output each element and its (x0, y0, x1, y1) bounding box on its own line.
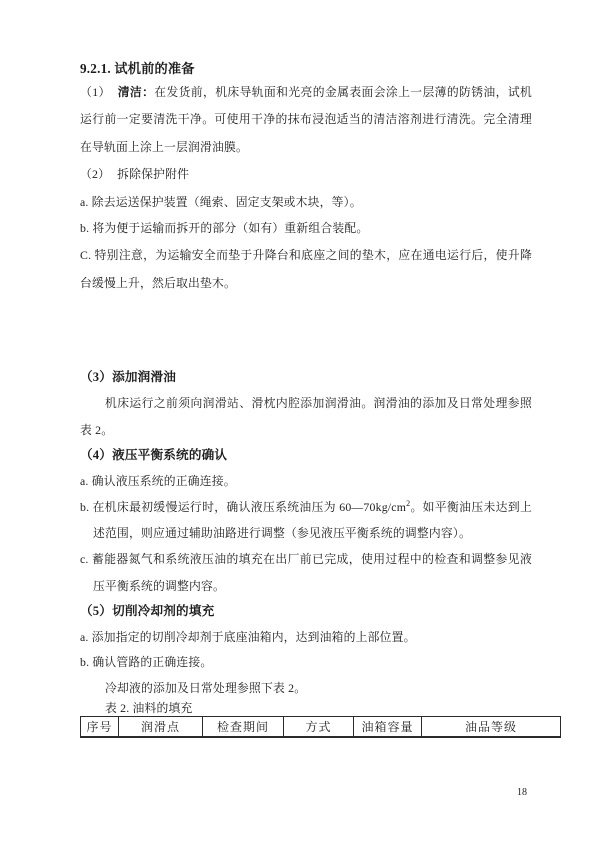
list-item-line: b. 确认管路的正确连接。 (80, 651, 532, 673)
subsection-heading: （3）添加润滑油 (80, 366, 532, 388)
list-item-line: 台缓慢上升，然后取出垫木。 (80, 272, 532, 294)
subsection-title: 拆除保护附件 (117, 167, 189, 181)
subsection-heading: （5）切削冷却剂的填充 (80, 600, 532, 622)
list-item-line: 压平衡系统的调整内容。 (80, 575, 532, 597)
list-item-line: a. 添加指定的切削冷却剂于底座油箱内，达到油箱的上部位置。 (80, 626, 532, 648)
paragraph-line: 运行前一定要清洗干净。可使用干净的抹布浸泡适当的清洁溶剂进行清洗。完全清理后， (80, 108, 532, 130)
column-header-lube-point: 润滑点 (119, 717, 203, 736)
list-item-line: a. 确认液压系统的正确连接。 (80, 470, 532, 492)
paragraph-line: （1）清洁：在发货前，机床导轨面和光亮的金属表面会涂上一层薄的防锈油，试机 (80, 81, 532, 103)
document-page: 9.2.1. 试机前的准备 （1）清洁：在发货前，机床导轨面和光亮的金属表面会涂… (0, 0, 600, 848)
item-number: （2） (80, 167, 110, 181)
list-item-line: b. 在机床最初缓慢运行时，确认液压系统油压为 60—70kg/cm2。如平衡油… (80, 496, 532, 518)
paragraph-line: 在导轨面上涂上一层润滑油膜。 (80, 136, 532, 158)
column-header-seq: 序号 (81, 717, 119, 736)
list-item-line: c. 蓄能器氮气和系统液压油的填充在出厂前已完成，使用过程中的检查和调整参见液 (80, 548, 532, 570)
list-item-line: C. 特别注意，为运输安全而垫于升降台和底座之间的垫木，应在通电运行后，使升降 (80, 244, 532, 266)
subsection-heading: （2）拆除保护附件 (80, 163, 532, 185)
list-item-text: 。如平衡油压未达到上 (410, 500, 532, 514)
column-header-method: 方式 (284, 717, 354, 736)
column-header-check-period: 检查期间 (203, 717, 284, 736)
list-item-line: b. 将为便于运输而拆开的部分（如有）重新组合装配。 (80, 217, 532, 239)
paragraph-line: 机床运行之前须向润滑站、滑枕内腔添加润滑油。润滑油的添加及日常处理参照下 (80, 392, 532, 414)
paragraph-text: 在发货前，机床导轨面和光亮的金属表面会涂上一层薄的防锈油，试机 (154, 85, 532, 99)
item-label: 清洁： (118, 85, 155, 99)
list-item-text: b. 在机床最初缓慢运行时，确认液压系统油压为 60—70kg/cm (80, 500, 406, 514)
subsection-heading: （4）液压平衡系统的确认 (80, 444, 532, 466)
column-header-tank-capacity: 油箱容量 (354, 717, 422, 736)
column-header-oil-grade: 油品等级 (422, 717, 560, 736)
page-number: 18 (517, 787, 527, 798)
item-number: （1） (80, 85, 111, 99)
paragraph-line: 冷却液的添加及日常处理参照下表 2。 (80, 677, 532, 699)
oil-fill-table: 序号 润滑点 检查期间 方式 油箱容量 油品等级 (80, 716, 561, 738)
section-heading: 9.2.1. 试机前的准备 (80, 58, 532, 80)
list-item-line: a. 除去运送保护装置（绳索、固定支架或木块，等）。 (80, 191, 532, 213)
paragraph-line: 表 2。 (80, 419, 532, 441)
list-item-line: 述范围，则应通过辅助油路进行调整（参见液压平衡系统的调整内容）。 (80, 522, 532, 544)
